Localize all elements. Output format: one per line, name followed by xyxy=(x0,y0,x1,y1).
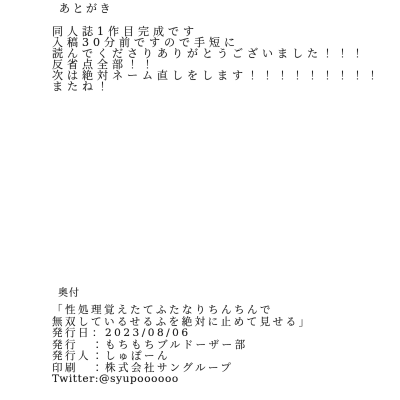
afterword-line-6: またね！ xyxy=(52,81,382,92)
entry-label: 発行人 xyxy=(52,351,92,363)
afterword-heading: あとがき xyxy=(59,4,382,14)
colophon-section: 奥付 「性処理覚えたてふたなりちんちんで 無双しているせるふを絶対に止めて見せる… xyxy=(52,289,312,386)
entry-value: 2023/08/06 xyxy=(105,327,191,339)
entry-value: もちもちブルドーザー部 xyxy=(105,339,248,351)
entry-colon: ： xyxy=(92,327,105,339)
entry-value: 株式会社サングループ xyxy=(105,362,233,374)
entry-colon: ： xyxy=(92,350,105,362)
twitter-handle: Twitter:@syupoooooo xyxy=(52,374,312,386)
entry-colon: ： xyxy=(92,339,105,351)
scanned-page: あとがき 同人誌1作目完成です 入稿30分前ですので手短に 読んでくださりありが… xyxy=(0,0,400,400)
entry-label: 発行日 xyxy=(52,328,92,340)
book-title-line-1: 「性処理覚えたてふたなりちんちんで xyxy=(52,305,312,317)
afterword-section: あとがき 同人誌1作目完成です 入稿30分前ですので手短に 読んでくださりありが… xyxy=(52,4,382,92)
colophon-heading: 奥付 xyxy=(58,289,312,299)
entry-value: しゅぽーん xyxy=(105,350,170,362)
entry-colon: ： xyxy=(92,362,105,374)
